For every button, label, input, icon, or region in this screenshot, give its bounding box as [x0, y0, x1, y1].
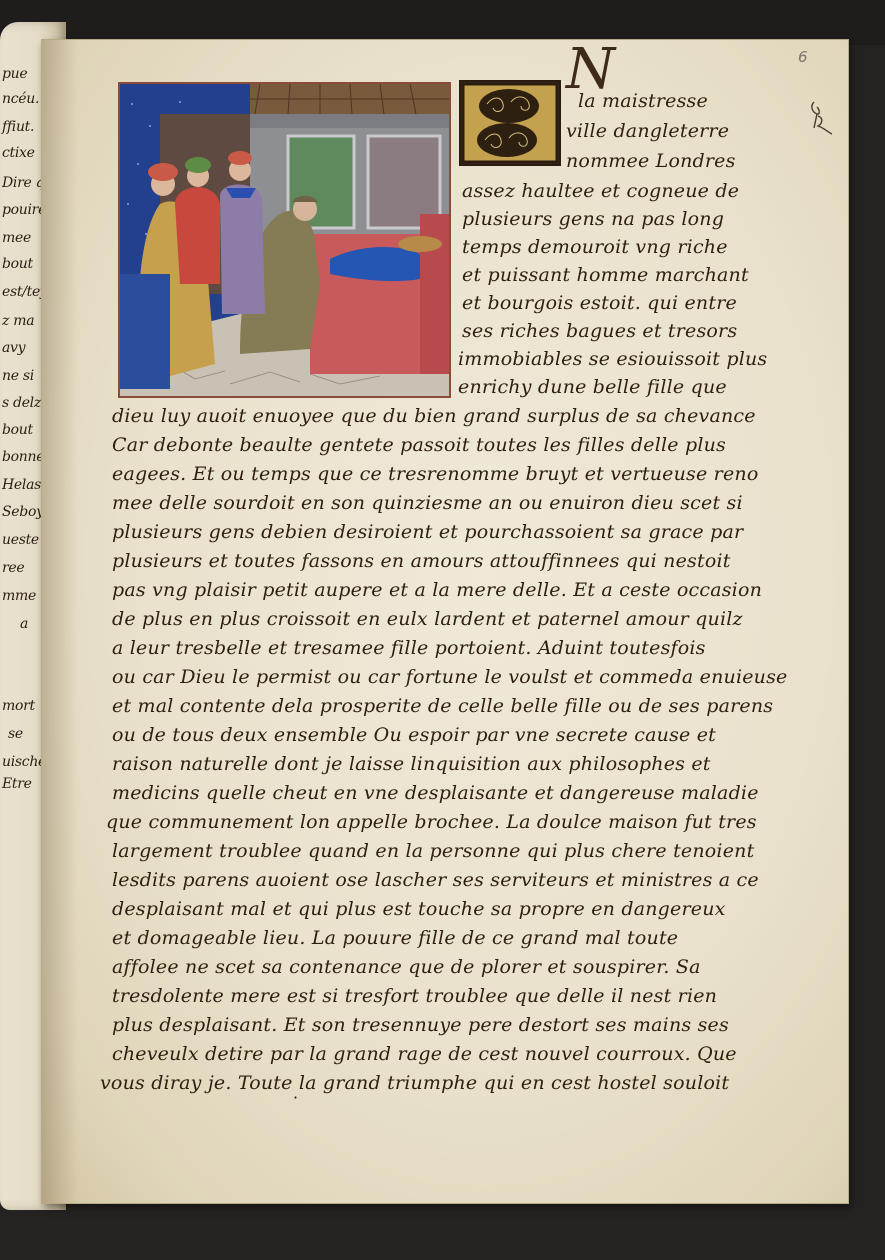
- text-line: ou de tous deux ensemble Ou espoir par v…: [112, 726, 716, 745]
- verso-fragment: ffiut.: [2, 119, 34, 135]
- verso-fragment: se: [8, 726, 23, 742]
- text-line: plusieurs gens debien desiroient et pour…: [112, 523, 743, 542]
- folio-number: 6: [798, 48, 808, 66]
- verso-fragment: ctixe: [2, 145, 35, 161]
- verso-fragment: ne si: [2, 368, 34, 384]
- text-line: pas vng plaisir petit aupere et a la mer…: [112, 581, 762, 600]
- text-line: assez haultee et cogneue de: [462, 182, 739, 201]
- text-line: vous diray je. Toute la grand triumphe q…: [100, 1074, 729, 1093]
- verso-fragment: mme: [2, 588, 36, 604]
- catchword-mark: ·: [293, 1088, 298, 1107]
- text-line: mee delle sourdoit en son quinziesme an …: [112, 494, 743, 513]
- text-line: de plus en plus croissoit en eulx larden…: [112, 610, 743, 629]
- text-line: nommee Londres: [566, 152, 736, 171]
- text-line: que communement lon appelle brochee. La …: [106, 813, 757, 832]
- verso-fragment: est/tey: [2, 284, 48, 300]
- verso-fragment: Helas: [2, 477, 41, 493]
- verso-fragment: uische: [2, 754, 46, 770]
- text-line: cheveulx detire par la grand rage de ces…: [112, 1045, 737, 1064]
- verso-fragment: z ma: [2, 313, 34, 329]
- text-line: et bourgois estoit. qui entre: [462, 294, 737, 313]
- verso-fragment: ueste: [2, 532, 39, 548]
- text-line: tresdolente mere est si tresfort trouble…: [112, 987, 717, 1006]
- dark-backdrop: [0, 0, 885, 45]
- verso-fragment: Etre: [2, 776, 32, 792]
- text-line: largement troublee quand en la personne …: [112, 842, 754, 861]
- text-line: ses riches bagues et tresors: [462, 322, 737, 341]
- text-line: ou car Dieu le permist ou car fortune le…: [112, 668, 788, 687]
- margin-mark-icon: [808, 98, 836, 138]
- verso-fragment: mee: [2, 230, 31, 246]
- text-line: plusieurs gens na pas long: [462, 210, 724, 229]
- text-line: temps demouroit vng riche: [462, 238, 728, 257]
- text-line: eagees. Et ou temps que ce tresrenomme b…: [112, 465, 758, 484]
- text-line: lesdits parens auoient ose lascher ses s…: [112, 871, 759, 890]
- text-line: et mal contente dela prosperite de celle…: [112, 697, 773, 716]
- text-line: raison naturelle dont je laisse linquisi…: [112, 755, 711, 774]
- text-line: enrichy dune belle fille que: [458, 378, 727, 397]
- text-line: ville dangleterre: [566, 122, 729, 141]
- verso-fragment: pue: [2, 66, 27, 82]
- text-line: dieu luy auoit enuoyee que du bien grand…: [112, 407, 756, 426]
- text-line: a leur tresbelle et tresamee fille porto…: [112, 639, 706, 658]
- verso-fragment: Seboy: [2, 504, 44, 520]
- text-line: et domageable lieu. La pouure fille de c…: [112, 929, 678, 948]
- text-line: plusieurs et toutes fassons en amours at…: [112, 552, 731, 571]
- gutter-shadow: [42, 40, 78, 1203]
- text-line: immobiables se esiouissoit plus: [458, 350, 767, 369]
- verso-fragment: mort: [2, 698, 35, 714]
- text-line: et puissant homme marchant: [462, 266, 749, 285]
- initial-ornament-icon: [461, 82, 559, 164]
- text-line: medicins quelle cheut en vne desplaisant…: [112, 784, 759, 803]
- verso-fragment: avy: [2, 340, 25, 356]
- verso-fragment: s delz: [2, 395, 41, 411]
- text-line: la maistresse: [578, 92, 708, 111]
- decorated-initial: [459, 80, 561, 166]
- text-line: affolee ne scet sa contenance que de plo…: [112, 958, 701, 977]
- verso-fragment: pouire: [2, 202, 46, 218]
- miniature-scene-icon: [120, 84, 451, 398]
- verso-fragment: ncéu.: [2, 91, 39, 107]
- verso-fragment: ree: [2, 560, 24, 576]
- verso-fragment: a: [20, 616, 28, 632]
- illuminated-miniature: [118, 82, 451, 398]
- text-line: desplaisant mal et qui plus est touche s…: [112, 900, 726, 919]
- verso-fragment: bout: [2, 256, 33, 272]
- text-line: plus desplaisant. Et son tresennuye pere…: [112, 1016, 729, 1035]
- verso-fragment: bonne: [2, 449, 44, 465]
- verso-fragment: bout: [2, 422, 33, 438]
- text-line: Car debonte beaulte gentete passoit tout…: [112, 436, 726, 455]
